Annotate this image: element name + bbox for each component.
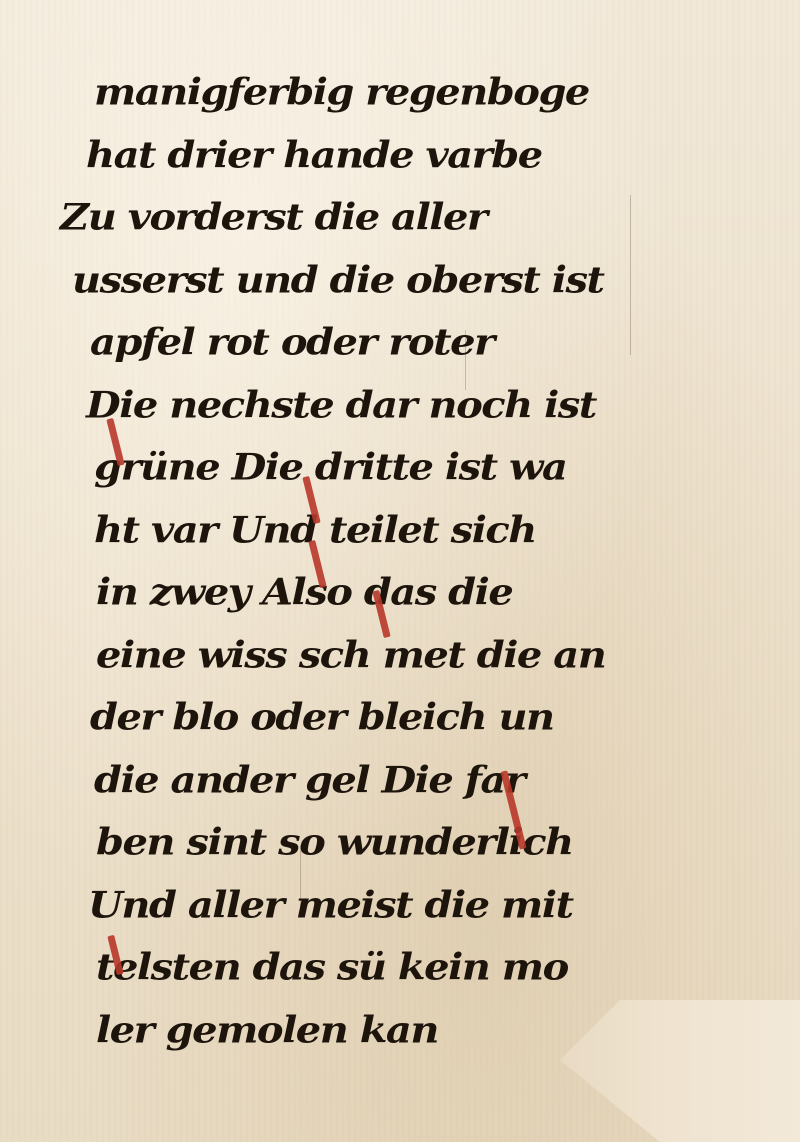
manuscript-line: grüne Die dritte ist wa — [94, 440, 744, 496]
manuscript-line: Und aller meist die mit — [88, 878, 738, 934]
manuscript-line: ler gemolen kan — [96, 1003, 746, 1059]
manuscript-line: Die nechste dar noch ist — [86, 378, 736, 434]
manuscript-line: apfel rot oder roter — [90, 315, 740, 371]
manuscript-line: Zu vorderst die aller — [60, 190, 710, 246]
manuscript-line: die ander gel Die far — [94, 753, 744, 809]
manuscript-line: eine wiss sch met die an — [96, 628, 746, 684]
manuscript-line: ben sint so wunderlich — [96, 815, 746, 871]
manuscript-line: manigferbig regenboge — [94, 65, 744, 121]
manuscript-line: hat drier hande varbe — [86, 128, 736, 184]
manuscript-line: ht var Und teilet sich — [94, 503, 744, 559]
manuscript-line: der blo oder bleich un — [90, 690, 740, 746]
manuscript-text-block: manigferbig regenboge hat drier hande va… — [80, 62, 730, 1062]
manuscript-line: in zwey Also das die — [96, 565, 746, 621]
manuscript-line: usserst und die oberst ist — [72, 253, 722, 309]
manuscript-line: telsten das sü kein mo — [96, 940, 746, 996]
